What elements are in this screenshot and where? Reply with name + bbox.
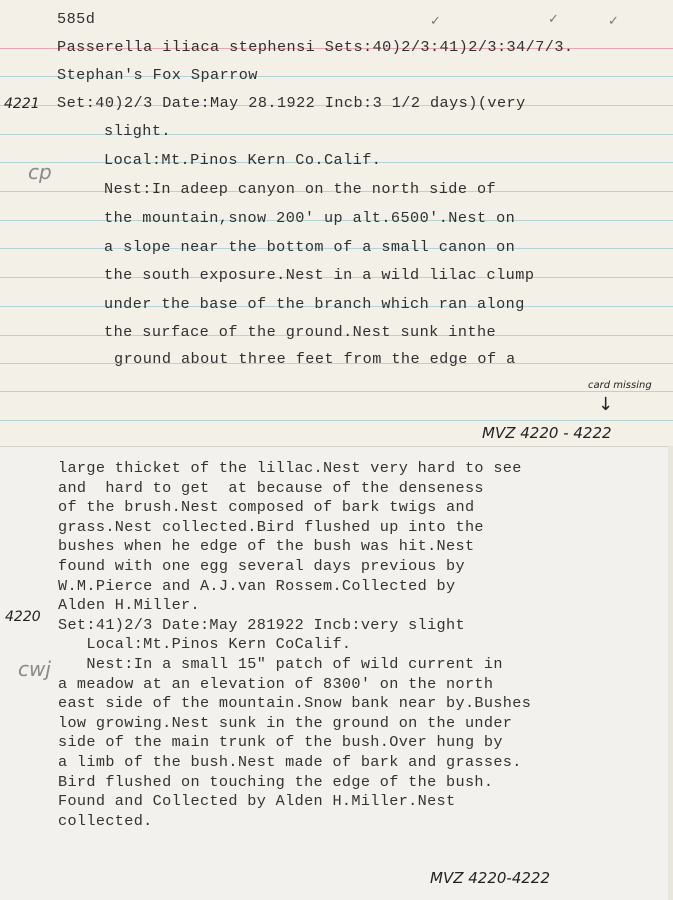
text-line: large thicket of the lillac.Nest very ha… [58,459,522,477]
text-line: under the base of the branch which ran a… [104,295,525,313]
text-line: the mountain,snow 200' up alt.6500'.Nest… [104,209,515,227]
checkmark: ✓ [548,12,559,27]
margin-initials: cp [28,160,52,184]
text-line: ground about three feet from the edge of… [114,350,516,368]
text-line: grass.Nest collected.Bird flushed up int… [58,518,484,536]
common-name: Stephan's Fox Sparrow [57,66,258,84]
checkmark: ✓ [608,14,619,29]
text-line: Nest:In a small 15" patch of wild curren… [58,655,503,673]
text-line: side of the main trunk of the bush.Over … [58,733,503,751]
text-line: the south exposure.Nest in a wild lilac … [104,266,534,284]
text-line: Found and Collected by Alden H.Miller.Ne… [58,792,456,810]
card-missing-note: card missing [588,380,652,391]
catalog-range: MVZ 4220-4222 [430,869,550,887]
text-line: Bird flushed on touching the edge of the… [58,773,493,791]
species-name: Passerella iliaca stephensi Sets:40)2/3:… [57,38,573,56]
text-line: the surface of the ground.Nest sunk inth… [104,323,496,341]
text-line: a meadow at an elevation of 8300' on the… [58,675,493,693]
set-line: Set:41)2/3 Date:May 281922 Incb:very sli… [58,616,465,634]
text-line: Alden H.Miller. [58,596,200,614]
set-line: Set:40)2/3 Date:May 28.1922 Incb:3 1/2 d… [57,94,526,112]
margin-catalog-number: 4220 [5,609,41,625]
text-line: low growing.Nest sunk in the ground on t… [58,714,512,732]
text-line: collected. [58,812,153,830]
blue-rule [0,134,673,135]
arrow-down-icon: ↓ [598,394,613,415]
catalog-range: MVZ 4220 - 4222 [482,424,612,442]
text-line: and hard to get at because of the densen… [58,479,484,497]
text-line: a slope near the bottom of a small canon… [104,238,515,256]
text-line: Local:Mt.Pinos Kern CoCalif. [58,635,351,653]
text-line: a limb of the bush.Nest made of bark and… [58,753,522,771]
text-line: slight. [104,122,171,140]
bottom-index-card: large thicket of the lillac.Nest very ha… [0,446,668,900]
top-index-card: ✓ ✓ ✓ 585d Passerella iliaca stephensi S… [0,0,673,446]
text-line: of the brush.Nest composed of bark twigs… [58,498,474,516]
text-line: east side of the mountain.Snow bank near… [58,694,531,712]
text-line: found with one egg several days previous… [58,557,465,575]
checkmark: ✓ [430,14,441,29]
nest-line: Nest:In adeep canyon on the north side o… [104,180,496,198]
blue-rule [0,420,673,421]
blue-rule [0,391,673,392]
margin-catalog-number: 4221 [4,96,40,112]
margin-initials: cwj [18,657,51,681]
locality-line: Local:Mt.Pinos Kern Co.Calif. [104,151,381,169]
text-line: bushes when he edge of the bush was hit.… [58,537,474,555]
species-code: 585d [57,10,95,28]
text-line: W.M.Pierce and A.J.van Rossem.Collected … [58,577,456,595]
